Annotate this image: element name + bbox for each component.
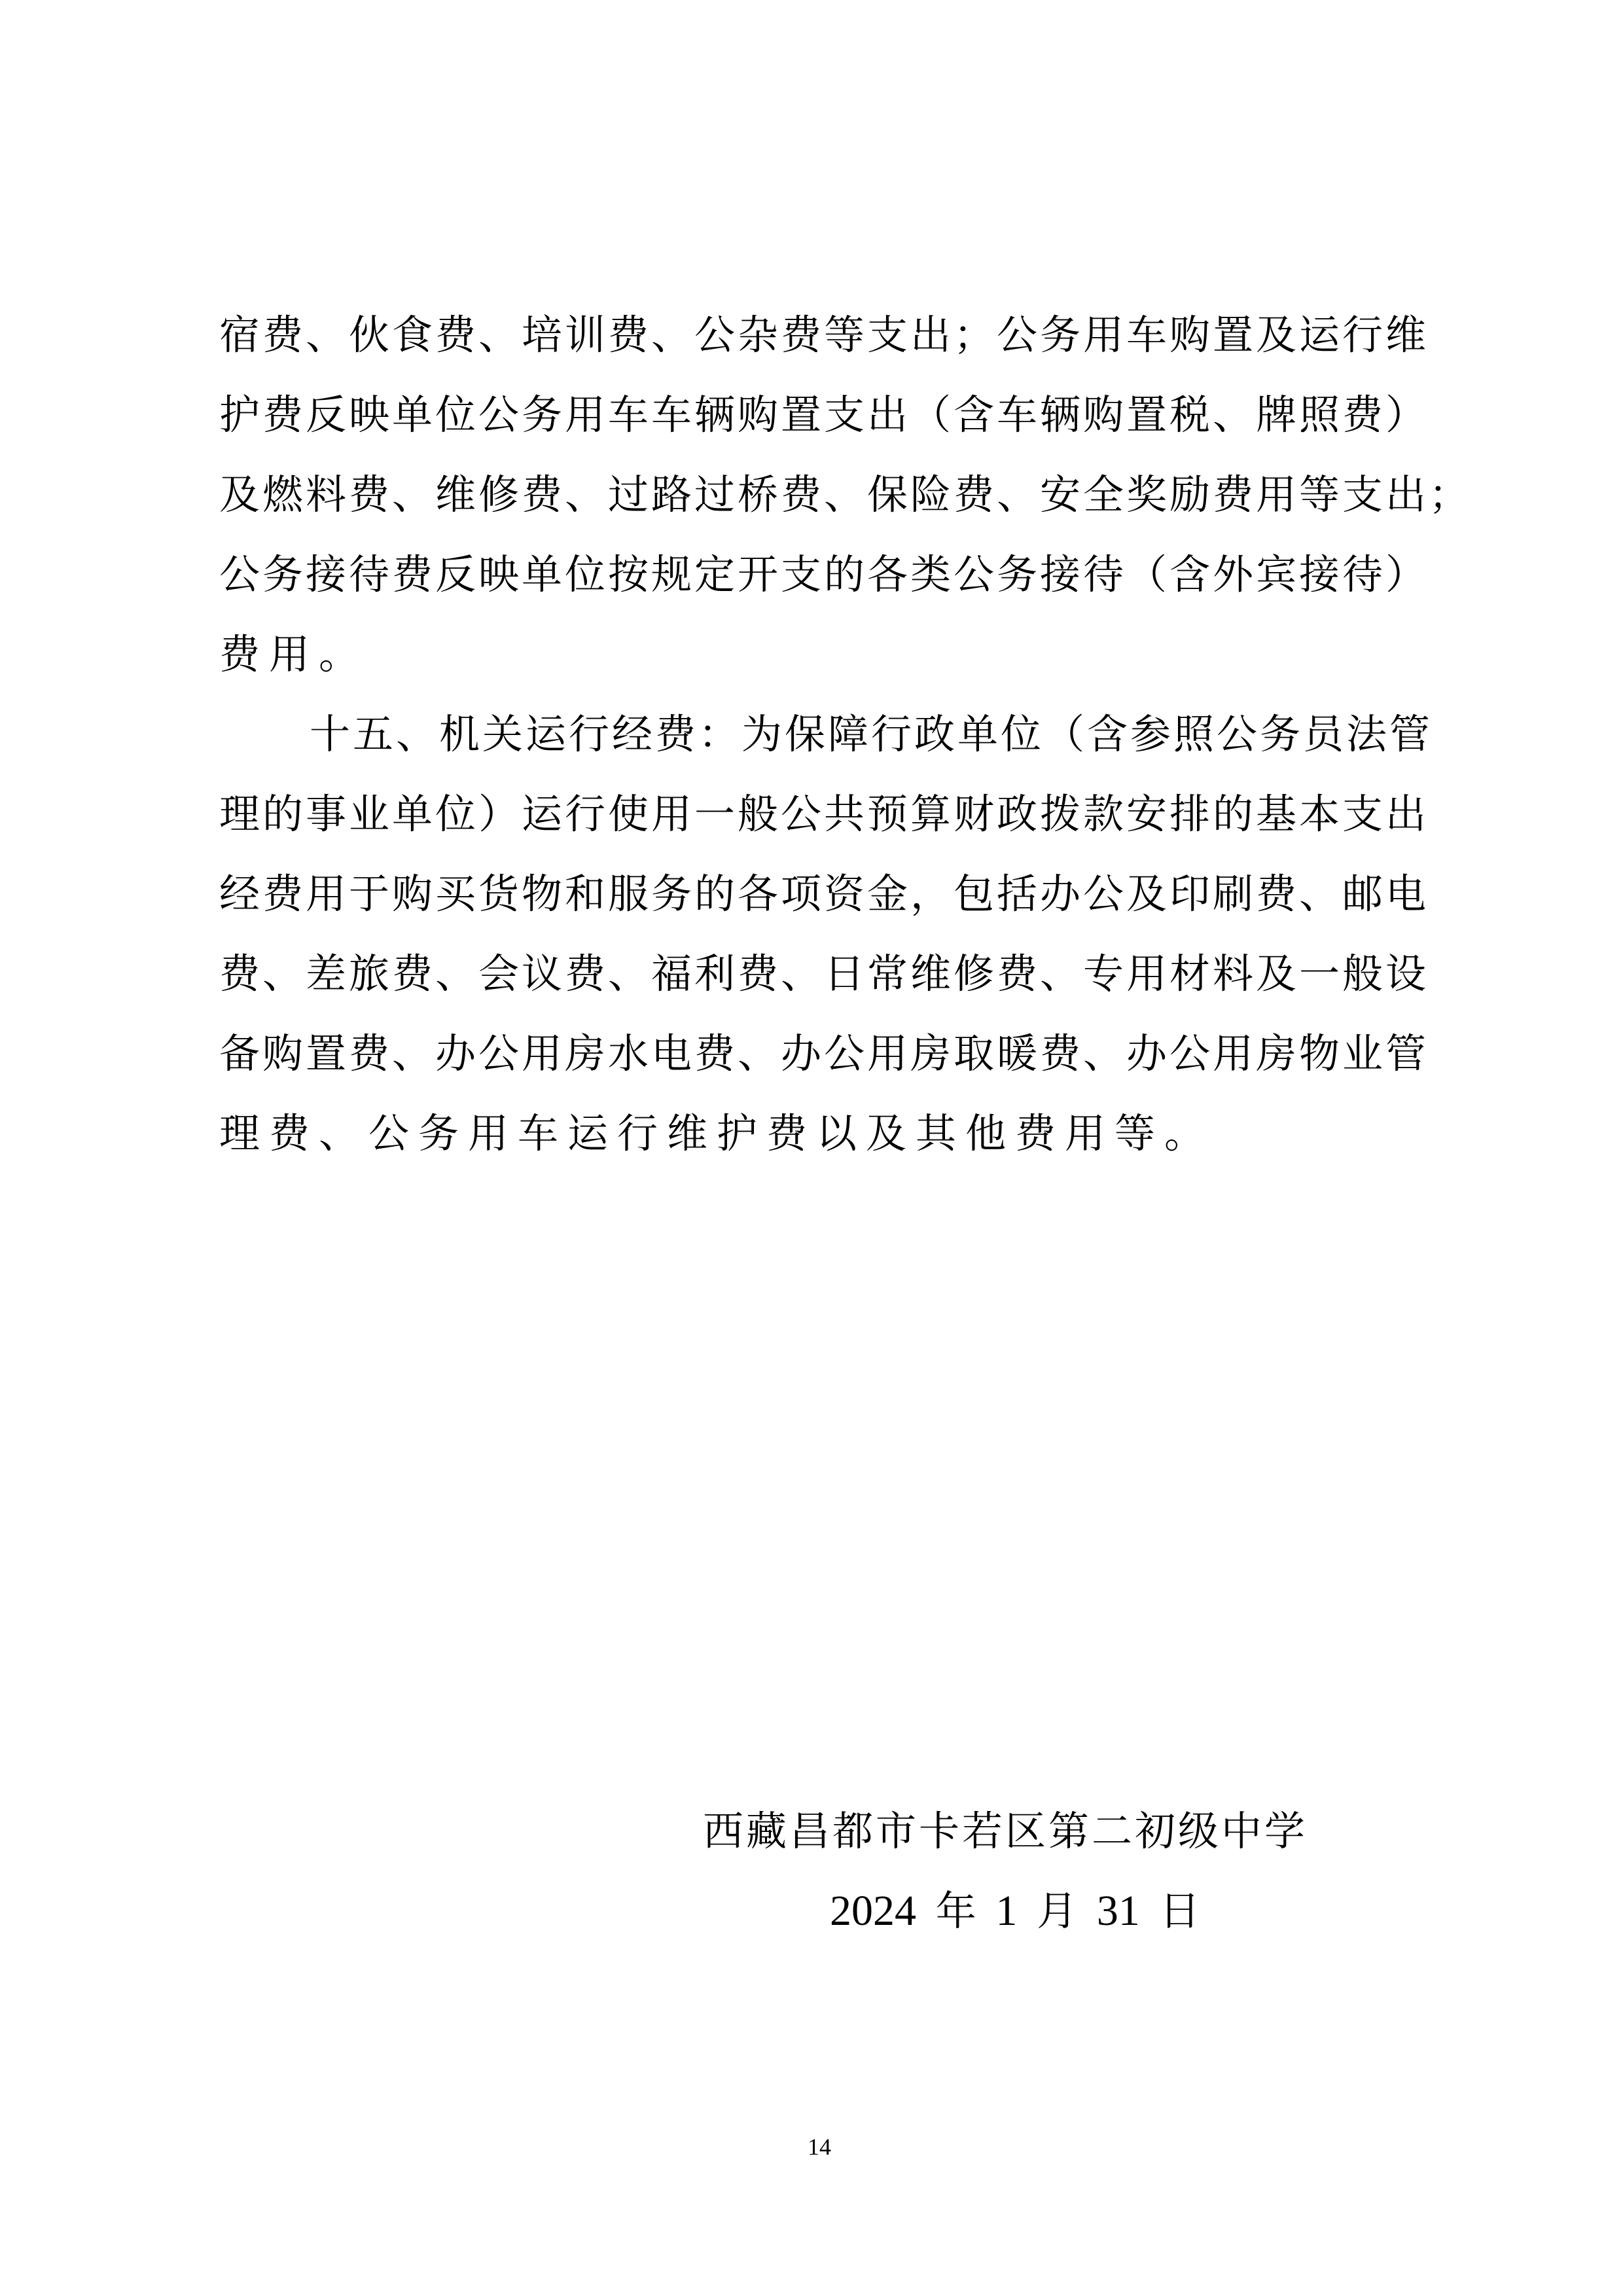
signature-date: 2024 年 1 月 31 日 [830, 1881, 1157, 1941]
date-month-unit: 月 [1037, 1887, 1077, 1935]
date-day: 31 [1097, 1887, 1140, 1935]
paragraph-2-line-6: 理费、公务用车运行维护费以及其他费用等。 [219, 1103, 1419, 1183]
paragraph-1-line-1: 宿费、伙食费、培训费、公杂费等支出；公务用车购置及运行维 [219, 305, 1419, 385]
body-text: 宿费、伙食费、培训费、公杂费等支出；公务用车购置及运行维 护费反映单位公务用车车… [219, 305, 1419, 1183]
page-number: 14 [785, 2132, 853, 2161]
paragraph-1-line-3: 及燃料费、维修费、过路过桥费、保险费、安全奖励费用等支出； [219, 465, 1419, 545]
paragraph-2-line-5: 备购置费、办公用房水电费、办公用房取暖费、办公用房物业管 [219, 1024, 1419, 1103]
paragraph-2-line-2: 理的事业单位）运行使用一般公共预算财政拨款安排的基本支出 [219, 784, 1419, 864]
signature-organization: 西藏昌都市卡若区第二初级中学 [703, 1801, 1305, 1861]
date-year: 2024 [830, 1887, 916, 1935]
date-month: 1 [995, 1887, 1017, 1935]
date-year-unit: 年 [936, 1887, 976, 1935]
paragraph-2-line-1: 十五、机关运行经费：为保障行政单位（含参照公务员法管 [219, 704, 1419, 784]
paragraph-1-line-5: 费用。 [219, 624, 1419, 704]
document-page: 宿费、伙食费、培训费、公杂费等支出；公务用车购置及运行维 护费反映单位公务用车车… [0, 0, 1623, 2296]
paragraph-2-line-3: 经费用于购买货物和服务的各项资金，包括办公及印刷费、邮电 [219, 864, 1419, 944]
date-day-unit: 日 [1160, 1887, 1200, 1935]
paragraph-1-line-4: 公务接待费反映单位按规定开支的各类公务接待（含外宾接待） [219, 545, 1419, 624]
paragraph-2-line-4: 费、差旅费、会议费、福利费、日常维修费、专用材料及一般设 [219, 944, 1419, 1024]
paragraph-1-line-2: 护费反映单位公务用车车辆购置支出（含车辆购置税、牌照费） [219, 385, 1419, 465]
